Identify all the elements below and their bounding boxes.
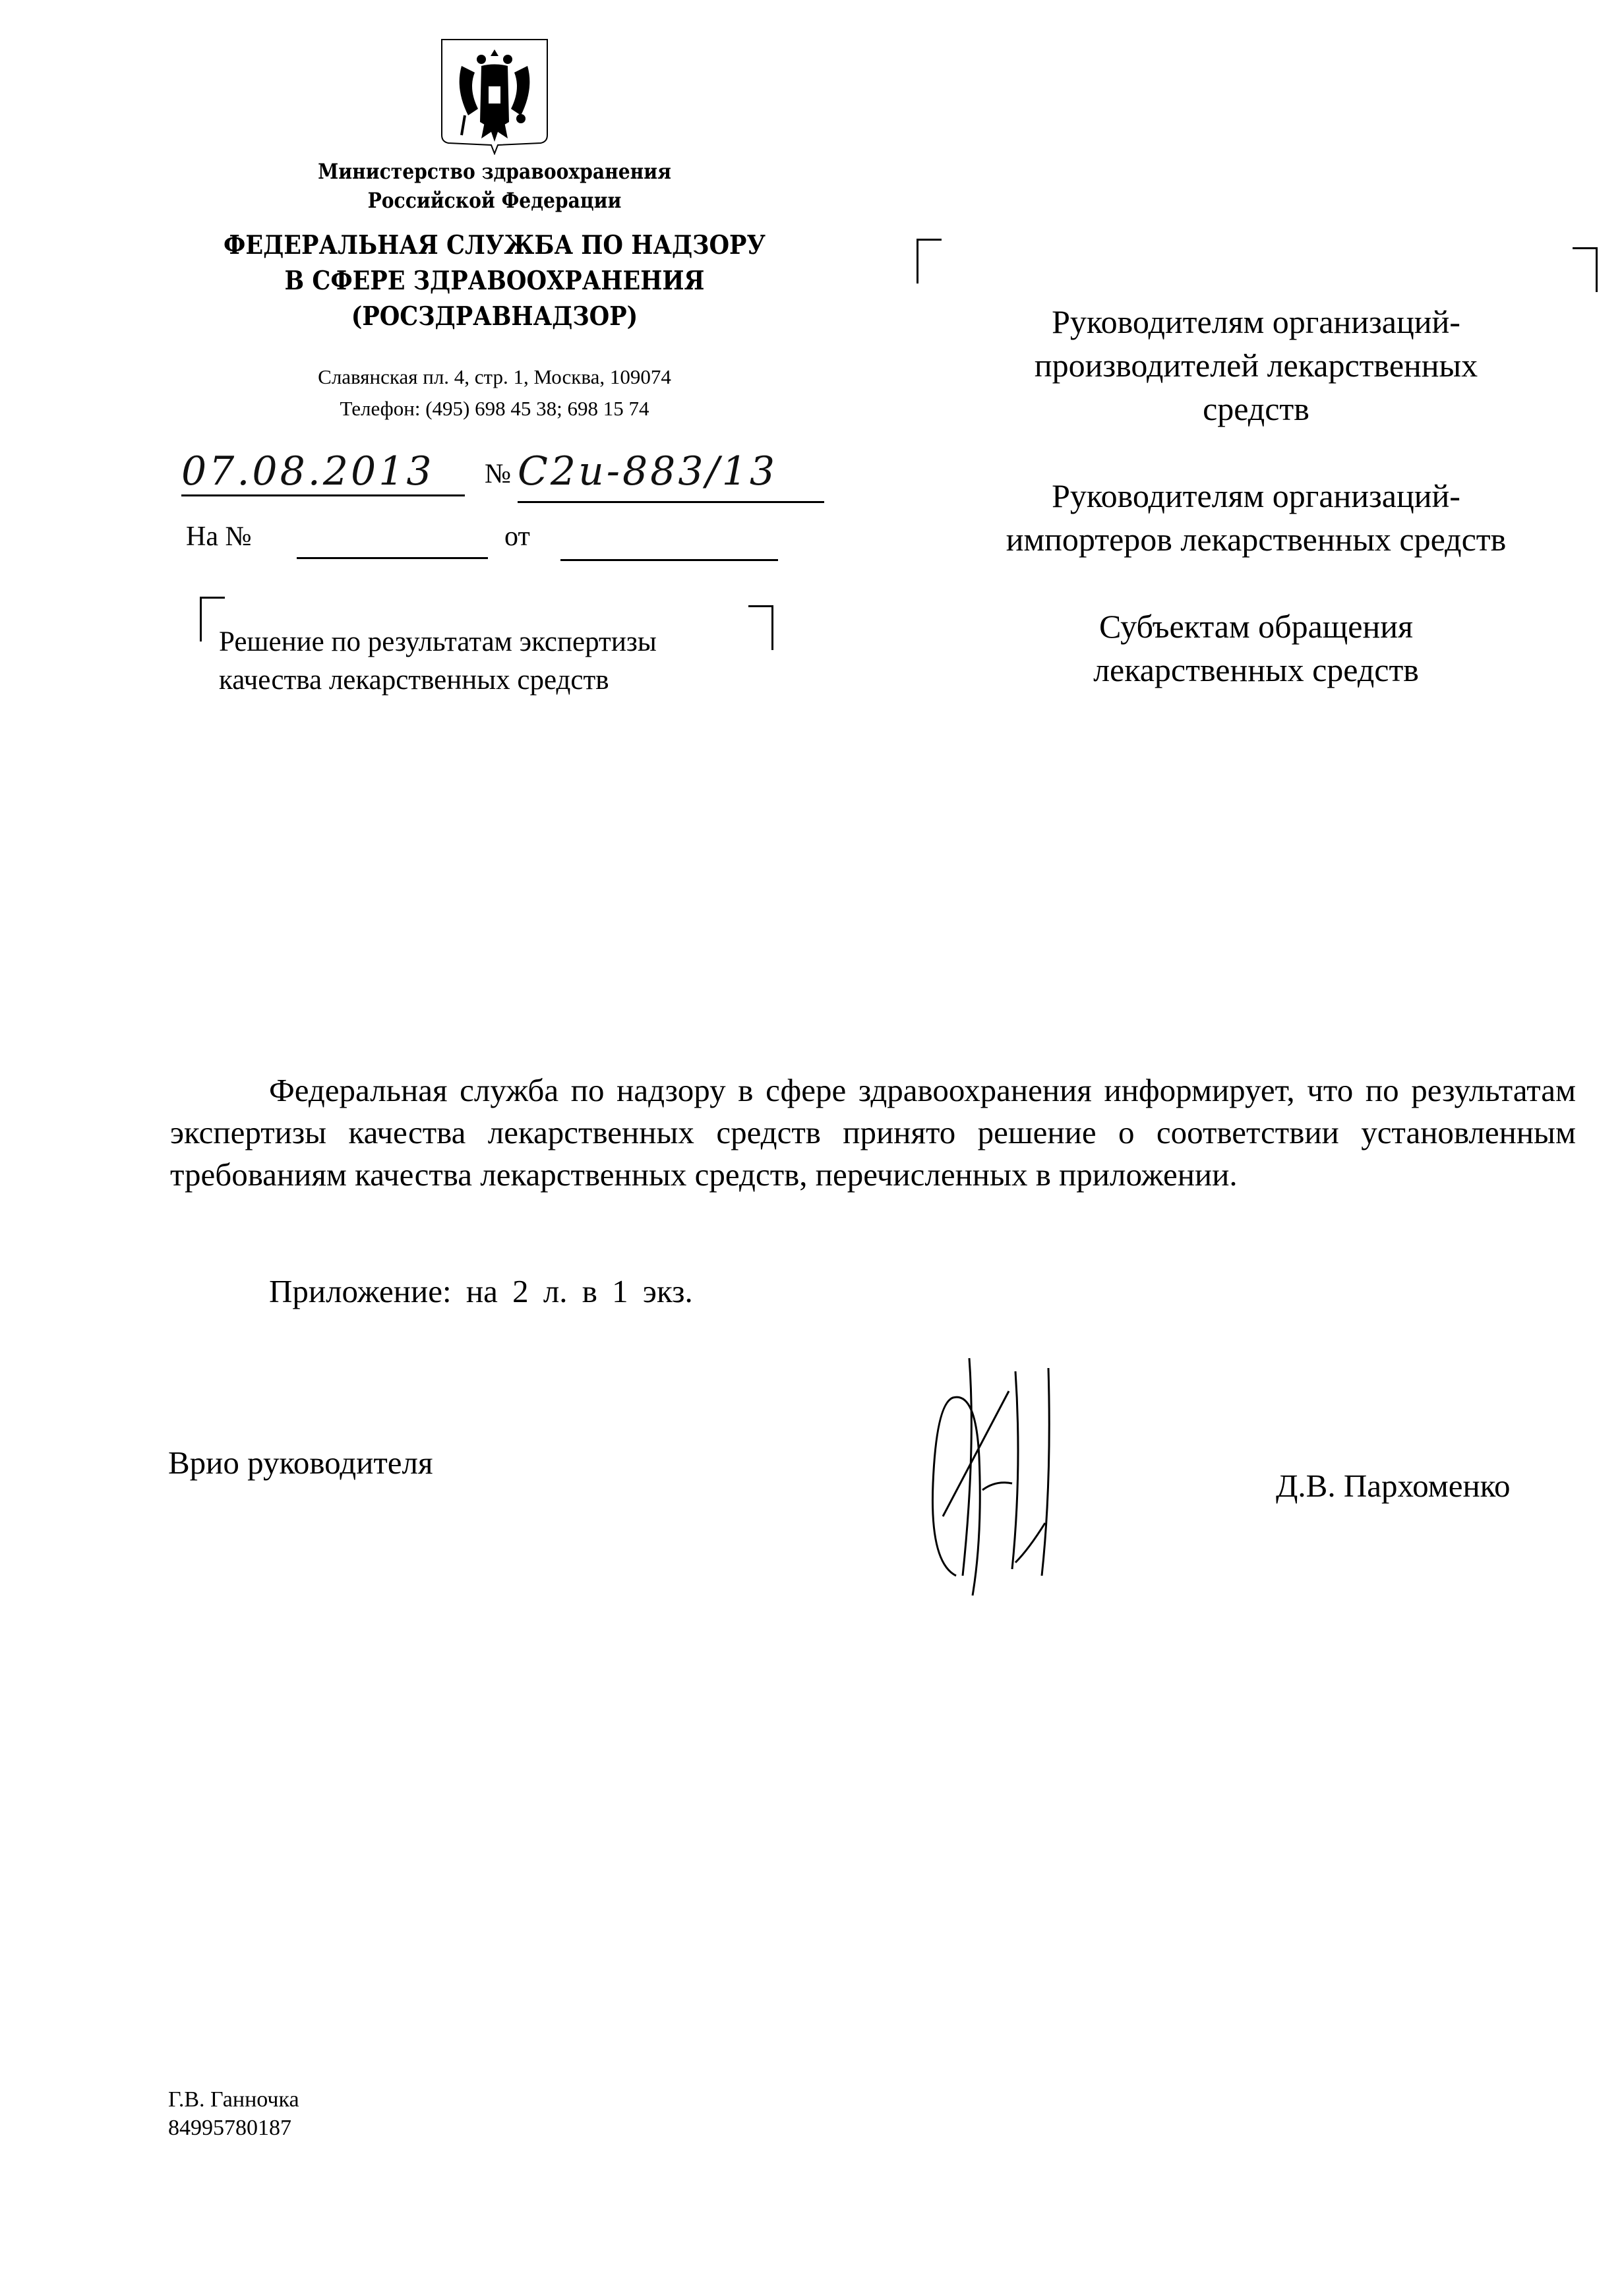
subject-corner-right xyxy=(748,605,773,650)
recipients-corner-left xyxy=(917,239,942,283)
reply-from-label: от xyxy=(504,521,530,552)
letter-subject: Решение по результатам экспертизы качест… xyxy=(219,623,657,700)
executor-phone: 84995780187 xyxy=(168,2114,299,2142)
coat-of-arms-icon xyxy=(435,36,554,155)
executor-name: Г.В. Ганночка xyxy=(168,2085,299,2114)
reply-to-label: На № xyxy=(186,521,252,552)
ministry-name: Министерство здравоохранения Российской … xyxy=(262,157,727,215)
reply-to-number-blank xyxy=(297,557,488,559)
recipients-block: Руководителям организаций- производителе… xyxy=(943,300,1569,735)
recipient-manufacturers: Руководителям организаций- производителе… xyxy=(943,300,1569,431)
executor-info: Г.В. Ганночка 84995780187 xyxy=(168,2085,299,2142)
body-paragraph: Федеральная служба по надзору в сфере зд… xyxy=(170,1069,1576,1196)
recipient-importers: Руководителям организаций- импортеров ле… xyxy=(943,474,1569,561)
reply-from-date-blank xyxy=(560,559,778,561)
attachment-note: Приложение: на 2 л. в 1 экз. xyxy=(269,1272,693,1310)
number-sign: № xyxy=(485,458,511,490)
document-date: 07.08.2013 xyxy=(181,448,465,496)
signer-position: Врио руководителя xyxy=(168,1444,433,1481)
service-name: ФЕДЕРАЛЬНАЯ СЛУЖБА ПО НАДЗОРУ В СФЕРЕ ЗД… xyxy=(198,227,791,334)
service-address: Славянская пл. 4, стр. 1, Москва, 109074… xyxy=(198,361,791,425)
signer-name: Д.В. Пархоменко xyxy=(1276,1467,1511,1505)
document-number: С2и-883/13 xyxy=(518,448,824,503)
recipients-corner-right xyxy=(1573,247,1598,292)
letter-body: Федеральная служба по надзору в сфере зд… xyxy=(170,1069,1576,1196)
handwritten-signature-icon xyxy=(917,1352,1141,1602)
recipient-subjects: Субъектам обращения лекарственных средст… xyxy=(943,605,1569,692)
